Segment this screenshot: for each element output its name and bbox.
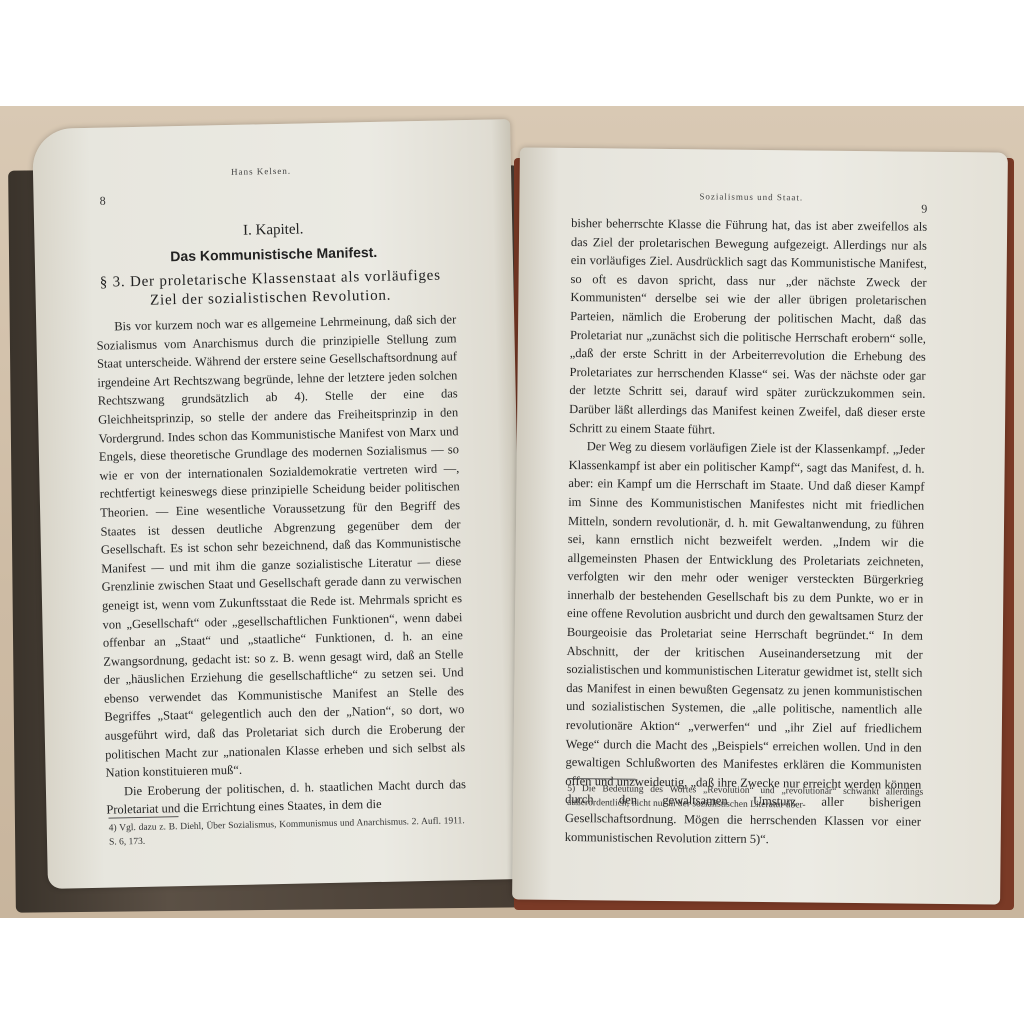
chapter-title: Das Kommunistische Manifest. [35,241,513,267]
top-background [0,0,1024,106]
paragraph: Bis vor kurzem noch war es allgemeine Le… [96,310,466,782]
footnote: 5) Die Bedeutung des Wortes „Revolution“… [567,782,923,814]
paragraph: bisher beherrschte Klasse die Führung ha… [569,214,927,441]
page-number: 8 [99,194,105,209]
chapter-heading: I. Kapitel. [34,217,512,244]
section-title: § 3. Der proletarische Klassenstaat als … [95,266,446,311]
paragraph: Die Eroberung der politischen, d. h. sta… [106,775,467,820]
running-head: Sozialismus und Staat. [699,191,803,202]
bottom-background [0,918,1024,1024]
page-number: 9 [921,202,927,217]
running-head: Hans Kelsen. [231,166,291,177]
right-body-text: bisher beherrschte Klasse die Führung ha… [565,214,928,850]
footnote: 4) Vgl. dazu z. B. Diehl, Über Sozialism… [109,814,466,849]
left-body-text: Bis vor kurzem noch war es allgemeine Le… [96,310,466,819]
right-page: Sozialismus und Staat. 9 bisher beherrsc… [512,147,1008,904]
left-page: Hans Kelsen. 8 I. Kapitel. Das Kommunist… [32,119,526,889]
